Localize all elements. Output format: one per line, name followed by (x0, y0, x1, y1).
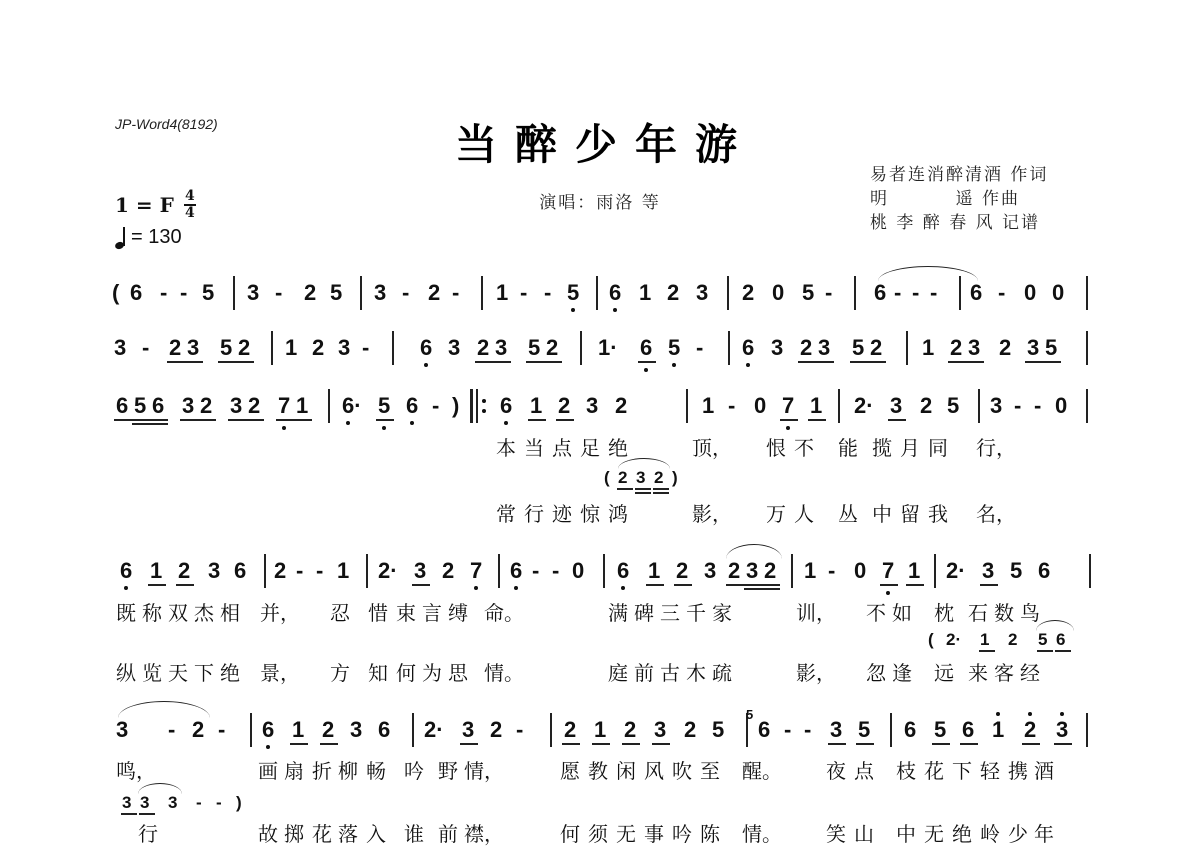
lyric-syllable: 教 (588, 755, 608, 784)
lyric-syllable: 逢 (892, 657, 912, 686)
dash: - (784, 717, 791, 743)
notation-row: 612362--12·3276--061232321-0712·356 (112, 558, 1092, 592)
double-underline-beam (132, 423, 150, 425)
lyric-syllable: 愿 (560, 755, 580, 784)
lyric-syllable: 落 (338, 818, 358, 847)
barline (727, 276, 729, 310)
note: 2 (667, 280, 679, 306)
lyric-syllable: 忍 (330, 597, 350, 626)
note: 2· (946, 558, 966, 584)
barline (328, 389, 330, 423)
underline-beam (652, 743, 670, 745)
lyric-syllable: 名， (976, 498, 1016, 527)
note: 1 (337, 558, 349, 584)
underline-beam (1037, 650, 1053, 652)
note: 1 (530, 393, 542, 419)
slur-arc (138, 783, 182, 794)
note: 2 (728, 558, 740, 584)
lyric-syllable: 命。 (484, 597, 524, 626)
note: 3 (990, 393, 1002, 419)
note: 2 (764, 558, 776, 584)
note: 2 (274, 558, 286, 584)
ossia-note: 2 (1008, 630, 1017, 650)
lyric-syllable: 足 (580, 432, 600, 461)
lyric-syllable: 为 (422, 657, 442, 686)
note: 1 (908, 558, 920, 584)
lyric-syllable: 既 (116, 597, 136, 626)
underline-beam (150, 419, 168, 421)
note: 3 (495, 335, 507, 361)
barline (890, 713, 892, 747)
notation-row: 3-2352123-6323521·65-632352123235 (112, 335, 1092, 369)
ossia-note: 3 (140, 793, 149, 813)
note: 3 (704, 558, 716, 584)
underline-beam (1055, 650, 1071, 652)
low-octave-dot (382, 426, 386, 430)
underline-beam (828, 743, 846, 745)
underline-beam (980, 584, 998, 586)
note: 2 (950, 335, 962, 361)
note: 6 (609, 280, 621, 306)
dash: - (168, 717, 175, 743)
note: 2 (920, 393, 932, 419)
lyric-syllable: 常 (496, 498, 516, 527)
lyric-syllable: 人 (794, 498, 814, 527)
lyric-syllable: 不 (866, 597, 886, 626)
note: 2 (546, 335, 558, 361)
lyric-syllable: 少 (1008, 818, 1028, 847)
note: 3 (114, 335, 126, 361)
note: 0 (854, 558, 866, 584)
dash: - (516, 717, 523, 743)
ossia-note: ) (672, 468, 678, 488)
note: 2 (624, 717, 636, 743)
lyric-syllable: 木 (686, 657, 706, 686)
underline-beam (726, 584, 744, 586)
low-octave-dot (504, 421, 508, 425)
lyric-syllable: 忽 (866, 657, 886, 686)
note: 5 (330, 280, 342, 306)
note: 5 (202, 280, 214, 306)
lyric-syllable: 入 (366, 818, 386, 847)
underline-beam (544, 361, 562, 363)
note: 3 (247, 280, 259, 306)
note: 6 (406, 393, 418, 419)
note: 2 (304, 280, 316, 306)
note: 2 (800, 335, 812, 361)
lyric-syllable: 丛 (838, 498, 858, 527)
note: 2· (854, 393, 874, 419)
lyric-syllable: 月 (900, 432, 920, 461)
lyric-syllable: 前 (438, 818, 458, 847)
ossia-note: ) (236, 793, 242, 813)
dash: - (912, 280, 919, 306)
underline-beam (932, 743, 950, 745)
lyric-syllable: 景， (260, 657, 300, 686)
note: 6 (378, 717, 390, 743)
barline (791, 554, 793, 588)
underline-beam (276, 419, 294, 421)
transcriber-credit: 桃 李 醉 春 风 记谱 (870, 211, 1048, 235)
underline-beam (198, 419, 216, 421)
note: 0 (1055, 393, 1067, 419)
dash: - (1034, 393, 1041, 419)
dash: - (930, 280, 937, 306)
underline-beam (1025, 361, 1043, 363)
slur-arc (118, 701, 210, 718)
note: 1 (702, 393, 714, 419)
note: 6 (640, 335, 652, 361)
ossia-note: ( (928, 630, 934, 650)
lyric-syllable: 下 (952, 755, 972, 784)
underline-beam (412, 584, 430, 586)
barline (1086, 276, 1088, 310)
note: 3 (654, 717, 666, 743)
lyric-syllable: 不 (794, 432, 814, 461)
barline (366, 554, 368, 588)
note: 6 (116, 393, 128, 419)
double-underline-beam (653, 492, 669, 494)
lyric-syllable: 点 (854, 755, 874, 784)
note: 5 (567, 280, 579, 306)
note: 5 (220, 335, 232, 361)
note: 2 (322, 717, 334, 743)
lyric-syllable: 思 (448, 657, 468, 686)
lyric-syllable: 当 (524, 432, 544, 461)
underline-beam (880, 584, 898, 586)
lyric-syllable: 客 (994, 657, 1014, 686)
lyric-syllable: 远 (934, 657, 954, 686)
note: 1 (150, 558, 162, 584)
ossia-note: 2· (946, 630, 961, 650)
underline-beam (653, 488, 669, 490)
underline-beam (290, 743, 308, 745)
lyric-syllable: 疏 (712, 657, 732, 686)
low-octave-dot (886, 591, 890, 595)
note: 3 (208, 558, 220, 584)
lyric-syllable: 相 (220, 597, 240, 626)
note: 0 (772, 280, 784, 306)
repeat-dot (482, 399, 486, 403)
note: 3 (338, 335, 350, 361)
lyric-syllable: 留 (900, 498, 920, 527)
dash: - (452, 280, 459, 306)
note: 5 (1010, 558, 1022, 584)
lyric-syllable: 情， (464, 755, 504, 784)
underline-beam (562, 743, 580, 745)
underline-beam (185, 361, 203, 363)
lyric-syllable: 碑 (634, 597, 654, 626)
lyric-syllable: 绝 (220, 657, 240, 686)
note: 3 (448, 335, 460, 361)
note: 0 (1024, 280, 1036, 306)
repeat-dot (482, 409, 486, 413)
double-underline-beam (150, 423, 168, 425)
lyric-syllable: 同 (928, 432, 948, 461)
dash: - (316, 558, 323, 584)
dash: - (804, 717, 811, 743)
note: 2 (442, 558, 454, 584)
barline (1086, 389, 1088, 423)
note: 6 (1038, 558, 1050, 584)
lyric-syllable: 醒。 (742, 755, 782, 784)
note: 5 (947, 393, 959, 419)
note: 1 (496, 280, 508, 306)
note: 6 (500, 393, 512, 419)
high-octave-dot (1060, 712, 1064, 716)
underline-beam (868, 361, 886, 363)
lyric-syllable: 陈 (700, 818, 720, 847)
lyric-syllable: 折 (312, 755, 332, 784)
ossia-note: 5 (1038, 630, 1047, 650)
note: 3 (374, 280, 386, 306)
dash: - (402, 280, 409, 306)
underline-beam (139, 813, 155, 815)
note: 7 (782, 393, 794, 419)
lyric-syllable: 并， (260, 597, 300, 626)
dash: - (825, 280, 832, 306)
note: 6 (962, 717, 974, 743)
underline-beam (744, 584, 762, 586)
lyric-syllable: 束 (396, 597, 416, 626)
lyric-syllable: 揽 (872, 432, 892, 461)
note: 5 (712, 717, 724, 743)
dash: - (275, 280, 282, 306)
barline (233, 276, 235, 310)
note: 2 (684, 717, 696, 743)
ossia-note: - (216, 793, 222, 813)
underline-beam (167, 361, 185, 363)
note: 2 (248, 393, 260, 419)
double-underline-beam (762, 588, 780, 590)
low-octave-dot (672, 363, 676, 367)
lyric-syllable: 年 (1034, 818, 1054, 847)
underline-beam (320, 743, 338, 745)
low-octave-dot (514, 586, 518, 590)
underline-beam (808, 419, 826, 421)
low-octave-dot (474, 586, 478, 590)
barline (934, 554, 936, 588)
lyric-syllable: 风 (644, 755, 664, 784)
note: 3 (182, 393, 194, 419)
dash: - (696, 335, 703, 361)
lyric-syllable: 绝 (608, 432, 628, 461)
note: 3 (1056, 717, 1068, 743)
lyric-syllable: 笑 (826, 818, 846, 847)
note: 6 (874, 280, 886, 306)
dash: - (432, 393, 439, 419)
low-octave-dot (644, 368, 648, 372)
ossia-note: 6 (1056, 630, 1065, 650)
barline (686, 389, 688, 423)
credits-block: 易者连消醉清酒 作词 明 遥 作曲 桃 李 醉 春 风 记谱 (870, 163, 1048, 235)
note: 2 (615, 393, 627, 419)
barline (596, 276, 598, 310)
note: 1 (804, 558, 816, 584)
notation-row: (6--53-253-2-1--56123205-6---6-00 (112, 280, 1092, 314)
lyric-syllable: 携 (1008, 755, 1028, 784)
barline (1089, 554, 1091, 588)
note: 2 (169, 335, 181, 361)
dash: - (218, 717, 225, 743)
barline (959, 276, 961, 310)
quarter-note-icon (115, 227, 127, 249)
lyric-syllable: 缚 (448, 597, 468, 626)
barline (603, 554, 605, 588)
underline-beam (528, 419, 546, 421)
lyric-syllable: 千 (686, 597, 706, 626)
lyric-syllable: 迹 (552, 498, 572, 527)
note: 1 (285, 335, 297, 361)
underline-beam (966, 361, 984, 363)
ossia-note: 3 (636, 468, 645, 488)
note: 6 (510, 558, 522, 584)
note: 6 (617, 558, 629, 584)
barline (1086, 713, 1088, 747)
note: 2 (490, 717, 502, 743)
note: 2 (999, 335, 1011, 361)
underline-beam (617, 488, 633, 490)
lyric-syllable: 石 (968, 597, 988, 626)
underline-beam (850, 361, 868, 363)
underline-beam (646, 584, 664, 586)
slur-arc (878, 266, 978, 281)
dash: - (1014, 393, 1021, 419)
lyric-syllable: 情。 (484, 657, 524, 686)
note: 3 (771, 335, 783, 361)
underline-beam (376, 419, 394, 421)
low-octave-dot (571, 308, 575, 312)
underline-beam (888, 419, 906, 421)
note: 6 (130, 280, 142, 306)
note: 2 (870, 335, 882, 361)
note: 2 (178, 558, 190, 584)
lyric-syllable: 襟， (464, 818, 504, 847)
note: 6 (234, 558, 246, 584)
underline-beam (460, 743, 478, 745)
note: 1 (296, 393, 308, 419)
note: 0 (754, 393, 766, 419)
ossia-note: ( (604, 468, 610, 488)
time-numerator: 4 (185, 190, 195, 203)
lyric-syllable: 恨 (766, 432, 786, 461)
low-octave-dot (621, 586, 625, 590)
note: 6 (152, 393, 164, 419)
note: 2 (192, 717, 204, 743)
note: 7 (278, 393, 290, 419)
lyric-syllable: 须 (588, 818, 608, 847)
underline-beam (798, 361, 816, 363)
dash: - (160, 280, 167, 306)
barline (264, 554, 266, 588)
note: 2 (1024, 717, 1036, 743)
lyric-syllable: 情。 (742, 818, 782, 847)
note: 3 (1027, 335, 1039, 361)
note: 1 (810, 393, 822, 419)
lyric-syllable: 前 (634, 657, 654, 686)
lyric-syllable: 酒 (1034, 755, 1054, 784)
lyric-syllable: 吹 (672, 755, 692, 784)
underline-beam (592, 743, 610, 745)
notation-row: 3-2-612362·32-21232565--35656123 (112, 717, 1092, 751)
note: 2 (558, 393, 570, 419)
dash: - (296, 558, 303, 584)
note: 1 (648, 558, 660, 584)
note: 6 (262, 717, 274, 743)
lyric-syllable: 野 (438, 755, 458, 784)
underline-beam (148, 584, 166, 586)
dash: - (142, 335, 149, 361)
note: 2 (676, 558, 688, 584)
barline (250, 713, 252, 747)
note: 6 (120, 558, 132, 584)
composer-credit: 明 遥 作曲 (870, 187, 1048, 211)
dash: - (532, 558, 539, 584)
double-underline-beam (744, 588, 762, 590)
lyric-syllable: 家 (712, 597, 732, 626)
note: 3 (116, 717, 128, 743)
lyric-syllable: 顶， (692, 432, 732, 461)
note: 3 (890, 393, 902, 419)
lyric-syllable: 岭 (980, 818, 1000, 847)
lyric-syllable: 鸿 (608, 498, 628, 527)
note: 0 (572, 558, 584, 584)
note: 0 (1052, 280, 1064, 306)
slur-arc (1036, 620, 1074, 631)
dash: - (998, 280, 1005, 306)
lyric-syllable: 天 (168, 657, 188, 686)
underline-beam (1054, 743, 1072, 745)
underline-beam (1043, 361, 1061, 363)
note: 5 (1045, 335, 1057, 361)
grace-note: 5 (746, 707, 753, 722)
dash: - (180, 280, 187, 306)
note: 3 (350, 717, 362, 743)
note: 3 (968, 335, 980, 361)
note: 5 (134, 393, 146, 419)
ossia-note: 3 (122, 793, 131, 813)
underline-beam (674, 584, 692, 586)
low-octave-dot (786, 426, 790, 430)
dash: - (728, 393, 735, 419)
lyric-syllable: 谁 (404, 818, 424, 847)
barline (271, 331, 273, 365)
lyric-syllable: 如 (892, 597, 912, 626)
underline-beam (816, 361, 834, 363)
note: 3 (187, 335, 199, 361)
note: 5 (852, 335, 864, 361)
underline-beam (526, 361, 544, 363)
barline (838, 389, 840, 423)
underline-beam (979, 650, 995, 652)
lyric-syllable: 掷 (284, 818, 304, 847)
note: ) (452, 393, 459, 419)
note: 2· (424, 717, 444, 743)
note: 2 (238, 335, 250, 361)
note: 5 (858, 717, 870, 743)
underline-beam (228, 419, 246, 421)
underline-beam (218, 361, 236, 363)
note: 2 (200, 393, 212, 419)
low-octave-dot (613, 308, 617, 312)
lyric-syllable: 杰 (194, 597, 214, 626)
lyric-syllable: 无 (924, 818, 944, 847)
note: 3 (462, 717, 474, 743)
ossia-note: 3 (168, 793, 177, 813)
note: 3 (818, 335, 830, 361)
lyric-syllable: 行， (976, 432, 1016, 461)
underline-beam (475, 361, 493, 363)
